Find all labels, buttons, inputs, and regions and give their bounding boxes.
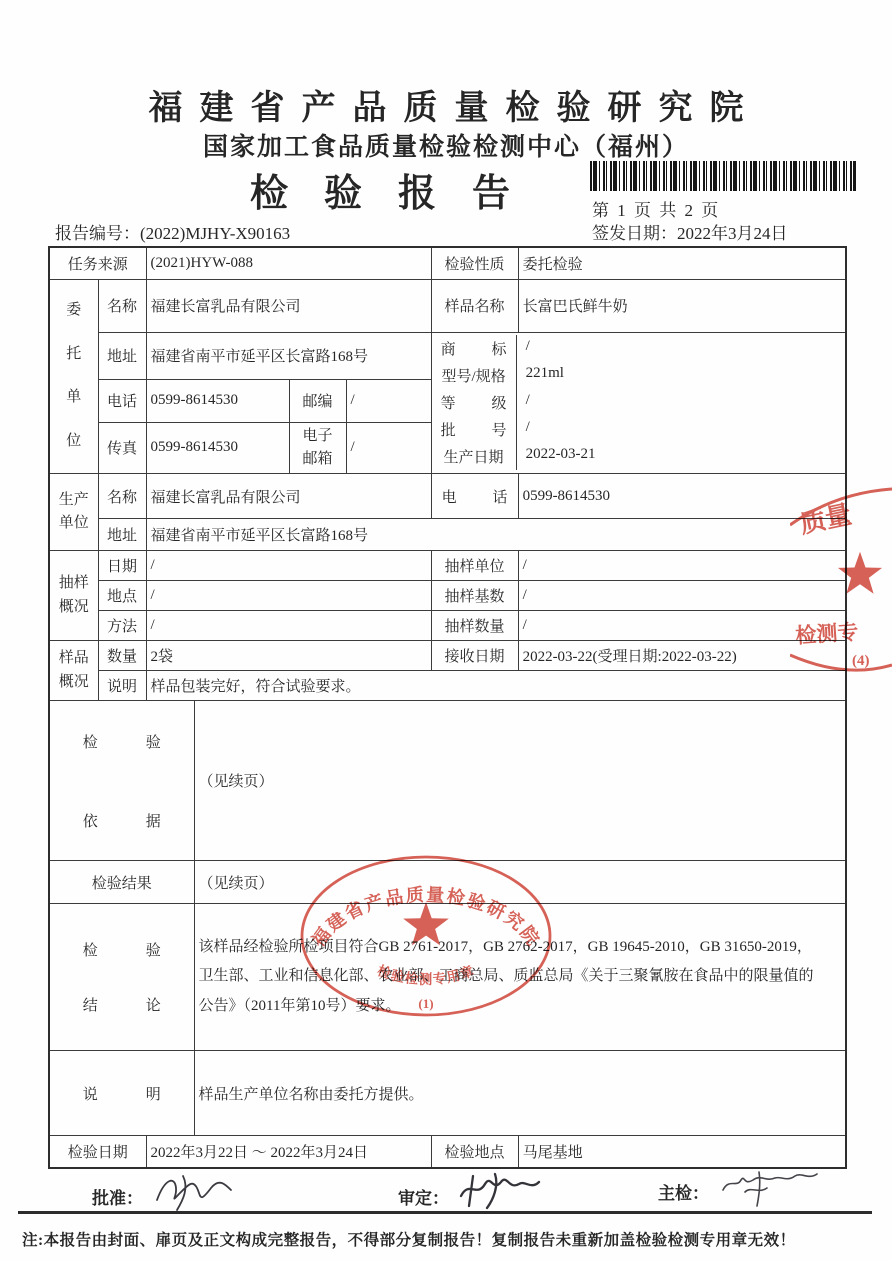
sampling-unit-label: 抽样单位 [431, 551, 518, 581]
prod-date-label: 生产日期 [432, 443, 516, 470]
spec-value: 221ml [516, 362, 846, 389]
stamp-star-icon [403, 902, 449, 945]
producer-addr-label: 地址 [98, 519, 146, 551]
producer-name-label: 名称 [98, 474, 146, 519]
stamp-number: (1) [418, 996, 433, 1011]
producer-name-value: 福建长富乳品有限公司 [146, 474, 431, 519]
overview-group-label: 样品概况 [49, 641, 98, 701]
sampling-base-label: 抽样基数 [431, 581, 518, 611]
note-label: 说 明 [49, 1051, 194, 1136]
fax-label: 传真 [98, 422, 146, 474]
desc-label: 说明 [98, 671, 146, 701]
result-label: 检验结果 [49, 861, 194, 904]
client-phone-label: 电话 [98, 379, 146, 422]
institute-title: 福建省产品质量检验研究院 [0, 80, 892, 129]
report-table: 任务来源 (2021)HYW-088 检验性质 委托检验 委托单位 名称 福建长… [48, 246, 847, 1169]
producer-group-label: 生产单位 [49, 474, 98, 551]
center-title: 国家加工食品质量检验检测中心（福州） [0, 127, 892, 163]
sampling-date-label: 日期 [98, 551, 146, 581]
table-row: 样品概况 数量 2袋 接收日期 2022-03-22(受理日期:2022-03-… [49, 641, 846, 671]
barcode [590, 161, 856, 191]
table-row: 方法 / 抽样数量 / [49, 611, 846, 641]
table-row: 委托单位 名称 福建长富乳品有限公司 样品名称 长富巴氏鲜牛奶 [49, 279, 846, 332]
sampling-method-label: 方法 [98, 611, 146, 641]
desc-value: 样品包装完好，符合试验要求。 [146, 671, 846, 701]
issue-date-value: 2022年3月24日 [677, 224, 788, 243]
nature-value: 委托检验 [518, 247, 846, 279]
report-title: 检验报告 [250, 162, 546, 217]
sampling-place-label: 地点 [98, 581, 146, 611]
table-row: 生产单位 名称 福建长富乳品有限公司 电 话 0599-8614530 [49, 474, 846, 519]
client-phone-value: 0599-8614530 [146, 379, 289, 422]
table-row: 检 验依 据 （见续页） [49, 701, 846, 861]
task-source-value: (2021)HYW-088 [146, 247, 431, 279]
note-value: 样品生产单位名称由委托方提供。 [194, 1051, 846, 1136]
chief-signature [715, 1164, 825, 1210]
sampling-qty-label: 抽样数量 [431, 611, 518, 641]
footer-divider [18, 1211, 872, 1214]
table-row: 地址 福建省南平市延平区长富路168号 商 标 / 型号/规格 221ml 等 … [49, 332, 846, 379]
grade-value: / [516, 389, 846, 416]
task-source-label: 任务来源 [49, 247, 146, 279]
basis-value: （见续页） [194, 701, 846, 861]
review-signature [455, 1170, 545, 1214]
sample-info-block: 商 标 / 型号/规格 221ml 等 级 / 批 号 / 生产日期 2022-… [431, 332, 846, 474]
producer-addr-value: 福建省南平市延平区长富路168号 [146, 519, 846, 551]
report-number: 报告编号：(2022)MJHY-X90163 [55, 219, 290, 244]
qty-label: 数量 [98, 641, 146, 671]
side-stamp-number: (4) [852, 653, 870, 669]
email-value: / [346, 422, 431, 474]
center-official-stamp: 福建省产品质量检验研究院 检验检测专用章 (1) [295, 850, 557, 1022]
trademark-value: / [516, 335, 846, 362]
table-row: 任务来源 (2021)HYW-088 检验性质 委托检验 [49, 247, 846, 279]
zip-value: / [346, 379, 431, 422]
client-addr-value: 福建省南平市延平区长富路168号 [146, 332, 431, 379]
trademark-label: 商 标 [432, 335, 516, 362]
chief-label: 主检： [658, 1179, 709, 1204]
approve-signature-block: 批准： [92, 1178, 241, 1214]
conclusion-label: 检 验结 论 [49, 904, 194, 1051]
chief-signature-block: 主检： [658, 1172, 825, 1210]
basis-label: 检 验依 据 [49, 701, 194, 861]
email-label: 电子邮箱 [289, 422, 346, 474]
client-group-label: 委托单位 [49, 279, 98, 474]
table-row: 检验日期 2022年3月22日 ～ 2022年3月24日 检验地点 马尾基地 [49, 1136, 846, 1168]
review-signature-block: 审定： [398, 1178, 545, 1214]
test-place-label: 检验地点 [431, 1136, 518, 1168]
issue-date-label: 签发日期： [592, 224, 677, 243]
batch-value: / [516, 416, 846, 443]
sample-name-value: 长富巴氏鲜牛奶 [518, 279, 846, 332]
client-name-value: 福建长富乳品有限公司 [146, 279, 431, 332]
spec-label: 型号/规格 [432, 362, 516, 389]
sampling-method-value: / [146, 611, 431, 641]
report-number-value: (2022)MJHY-X90163 [140, 224, 290, 243]
issue-date: 签发日期：2022年3月24日 [592, 219, 788, 244]
sampling-place-value: / [146, 581, 431, 611]
zip-label: 邮编 [289, 379, 346, 422]
table-row: 说 明 样品生产单位名称由委托方提供。 [49, 1051, 846, 1136]
side-stamp-text-bottom: 检测专 [795, 620, 860, 648]
table-row: 地点 / 抽样基数 / [49, 581, 846, 611]
batch-label: 批 号 [432, 416, 516, 443]
side-stamp-star-icon [838, 552, 882, 594]
grade-label: 等 级 [432, 389, 516, 416]
nature-label: 检验性质 [431, 247, 518, 279]
inspection-report-page: 福建省产品质量检验研究院 国家加工食品质量检验检测中心（福州） 检验报告 第 1… [0, 0, 892, 1261]
report-number-label: 报告编号： [55, 224, 140, 243]
test-date-value: 2022年3月22日 ～ 2022年3月24日 [146, 1136, 431, 1168]
page-info: 第 1 页 共 2 页 [592, 196, 720, 221]
svg-text:检验检测专用章: 检验检测专用章 [375, 962, 476, 987]
side-partial-stamp: 质量 检测专 (4) [790, 455, 892, 695]
producer-phone-label: 电 话 [431, 474, 518, 519]
test-place-value: 马尾基地 [518, 1136, 846, 1168]
approve-label: 批准： [92, 1184, 143, 1209]
table-row: 地址 福建省南平市延平区长富路168号 [49, 519, 846, 551]
test-date-label: 检验日期 [49, 1136, 146, 1168]
client-name-label: 名称 [98, 279, 146, 332]
receive-label: 接收日期 [431, 641, 518, 671]
approve-signature [149, 1170, 241, 1214]
table-row: 抽样概况 日期 / 抽样单位 / [49, 551, 846, 581]
footer-note: 注:本报告由封面、扉页及正文构成完整报告，不得部分复制报告！复制报告未重新加盖检… [22, 1228, 796, 1250]
client-addr-label: 地址 [98, 332, 146, 379]
sample-name-label: 样品名称 [431, 279, 518, 332]
sampling-date-value: / [146, 551, 431, 581]
table-row: 说明 样品包装完好，符合试验要求。 [49, 671, 846, 701]
fax-value: 0599-8614530 [146, 422, 289, 474]
review-label: 审定： [398, 1184, 449, 1209]
qty-value: 2袋 [146, 641, 431, 671]
side-stamp-text-top: 质量 [797, 499, 854, 539]
sampling-group-label: 抽样概况 [49, 551, 98, 641]
